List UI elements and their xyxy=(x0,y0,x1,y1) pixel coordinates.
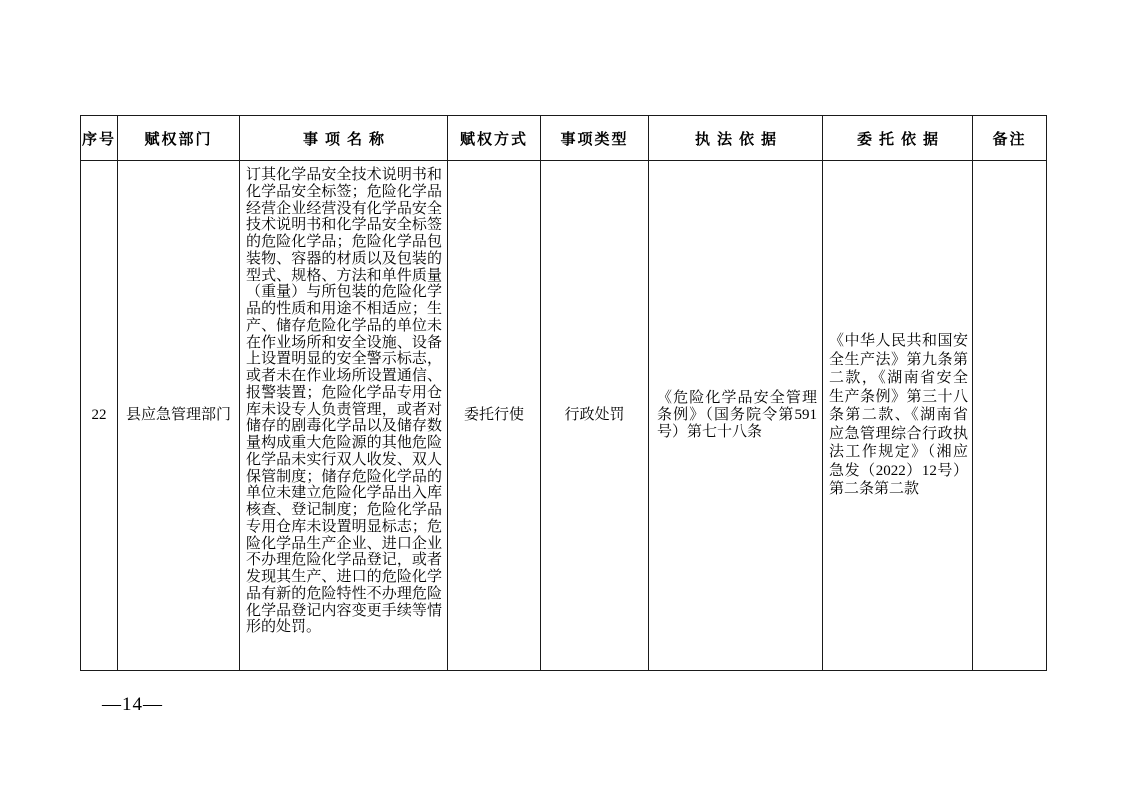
authorization-method-cell: 委托行使 xyxy=(448,161,541,671)
remark-cell xyxy=(973,161,1047,671)
serial-no-cell: 22 xyxy=(81,161,118,671)
header-authorizing-department: 赋权部门 xyxy=(118,116,240,161)
table-header-row: 序号 赋权部门 事项名称 赋权方式 事项类型 执法依据 委托依据 备注 xyxy=(81,116,1047,161)
entrustment-basis-cell: 《中华人民共和国安全生产法》第九条第二款，《湖南省安全生产条例》第三十八条第二款… xyxy=(823,161,973,671)
item-name-cell: 订其化学品安全技术说明书和化学品安全标签；危险化学品经营企业经营没有化学品安全技… xyxy=(240,161,448,671)
authorizing-department-cell: 县应急管理部门 xyxy=(118,161,240,671)
header-item-name: 事项名称 xyxy=(240,116,448,161)
item-type-cell: 行政处罚 xyxy=(541,161,649,671)
delegation-items-table: 序号 赋权部门 事项名称 赋权方式 事项类型 执法依据 委托依据 备注 22 县… xyxy=(80,115,1047,671)
header-enforcement-basis: 执法依据 xyxy=(649,116,823,161)
page-number: —14— xyxy=(102,694,163,716)
header-authorization-method: 赋权方式 xyxy=(448,116,541,161)
header-serial-no: 序号 xyxy=(81,116,118,161)
enforcement-basis-cell: 《危险化学品安全管理条例》（国务院令第591号）第七十八条 xyxy=(649,161,823,671)
document-page: 序号 赋权部门 事项名称 赋权方式 事项类型 执法依据 委托依据 备注 22 县… xyxy=(0,0,1122,793)
header-remark: 备注 xyxy=(973,116,1047,161)
table-row: 22 县应急管理部门 订其化学品安全技术说明书和化学品安全标签；危险化学品经营企… xyxy=(81,161,1047,671)
header-item-type: 事项类型 xyxy=(541,116,649,161)
header-entrustment-basis: 委托依据 xyxy=(823,116,973,161)
